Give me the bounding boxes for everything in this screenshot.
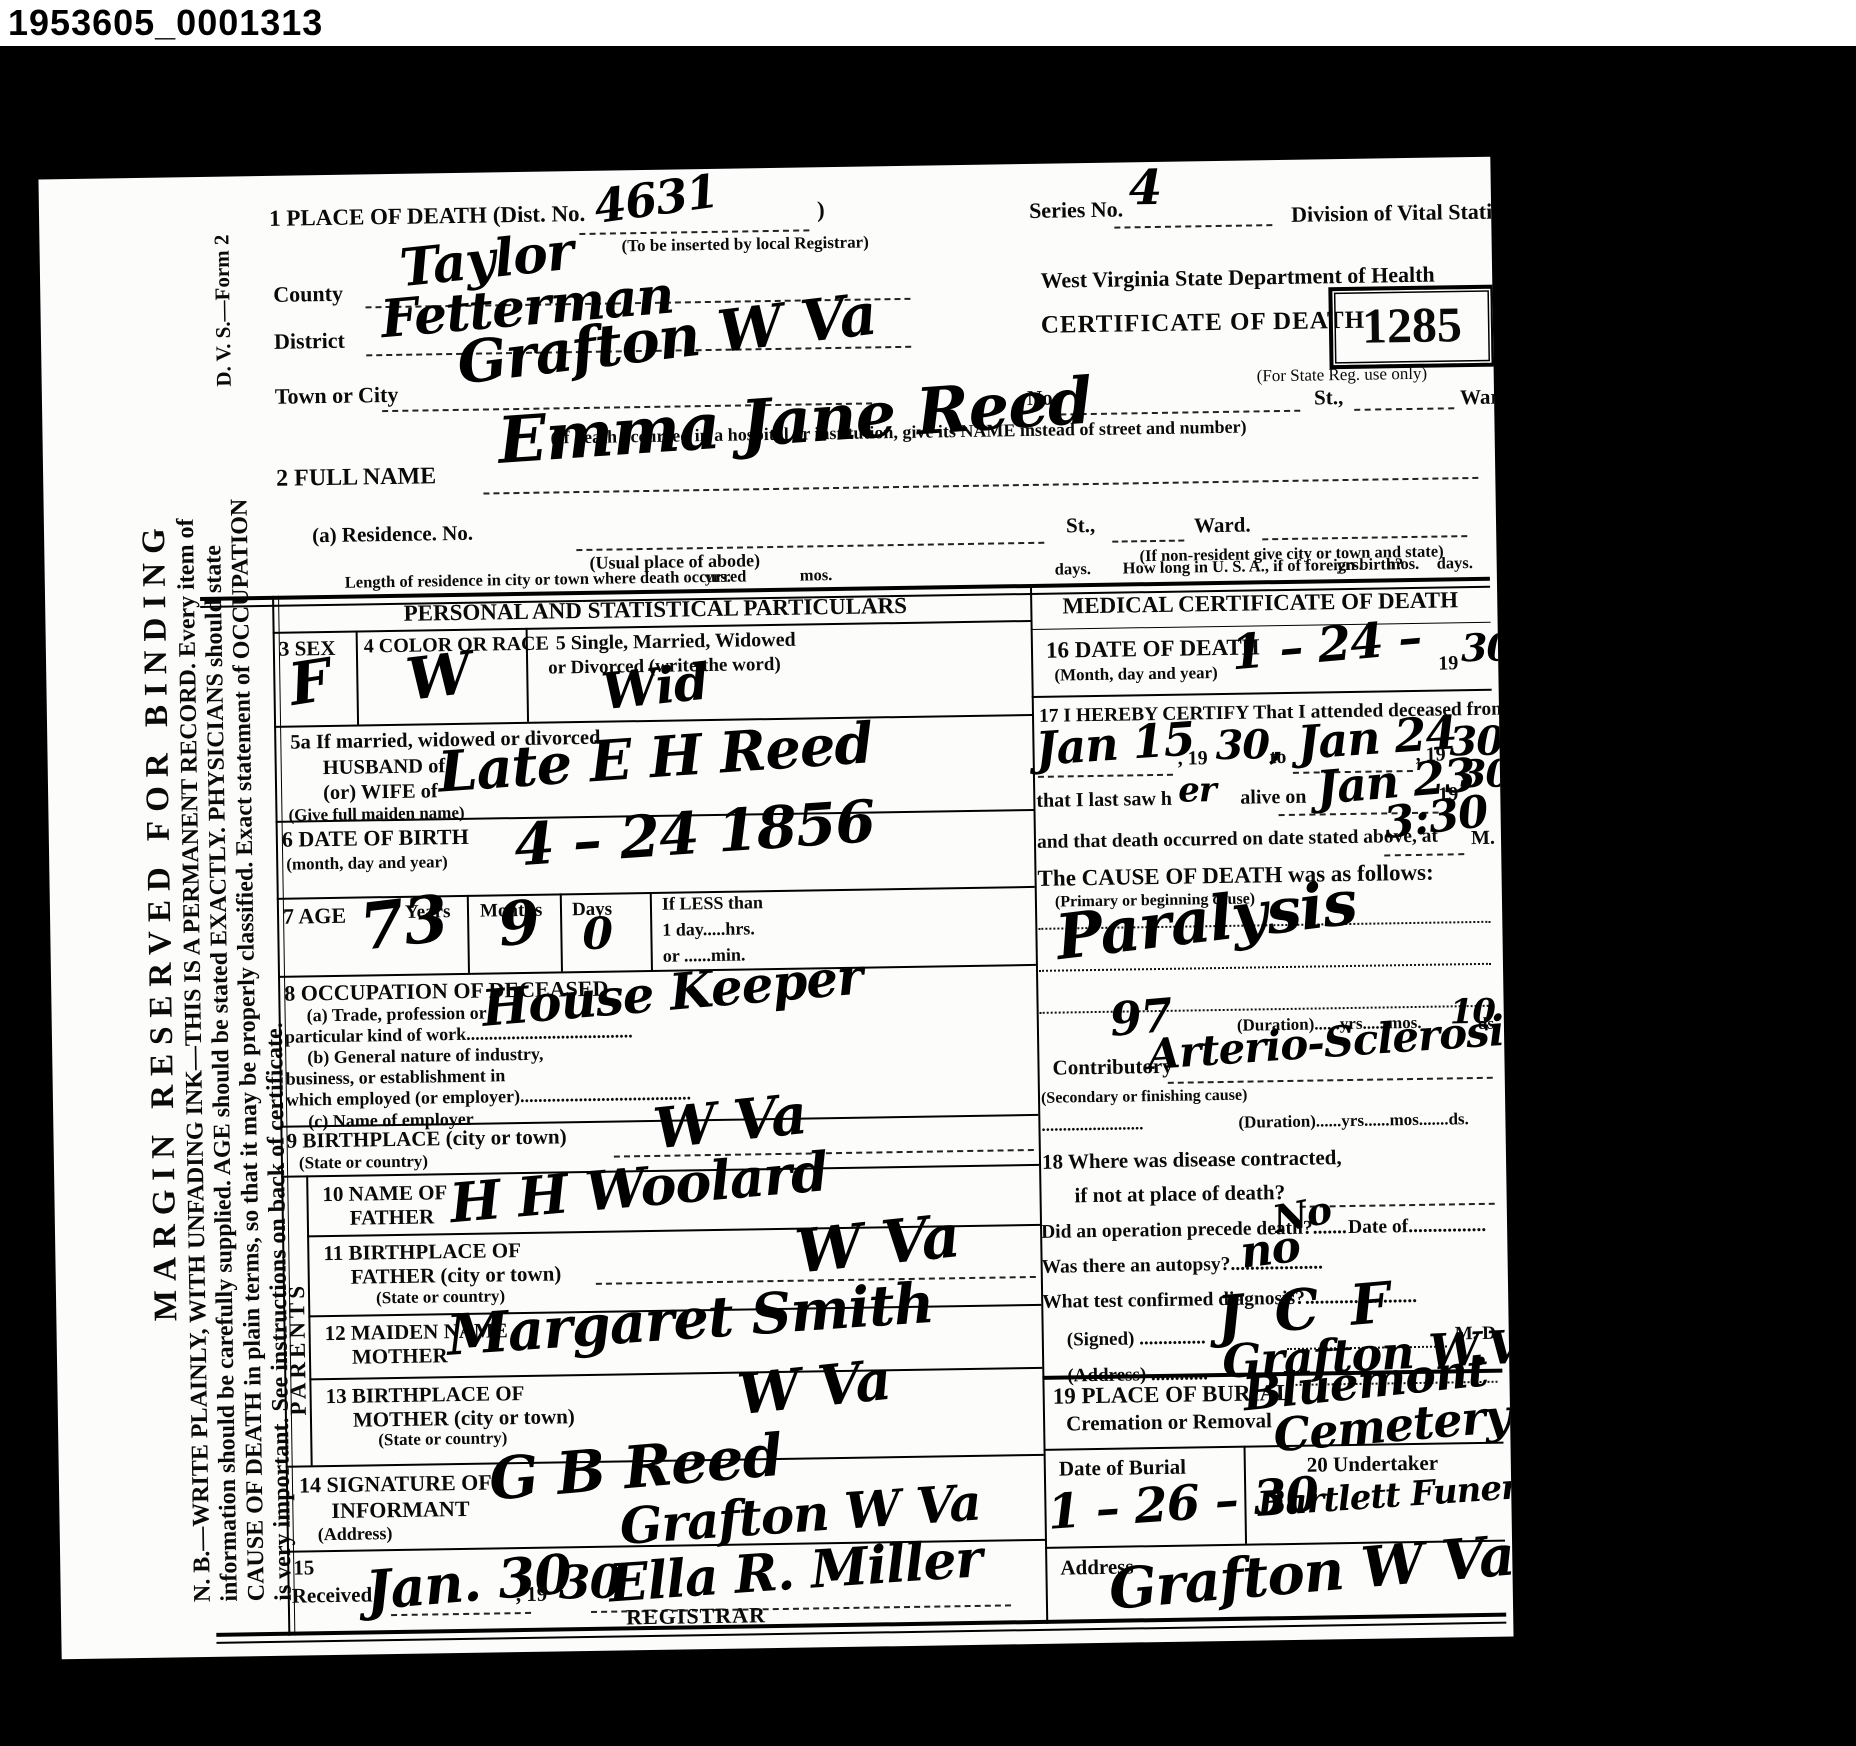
scan-id: 1953605_0001313 [8, 2, 323, 44]
age-years-value: 73 [357, 887, 451, 961]
certificate-number: 1285 [1332, 295, 1491, 355]
disease-contracted-label-2: if not at place of death? [1074, 1180, 1285, 1208]
cell-divider [560, 893, 563, 971]
scan-id-bar: 1953605_0001313 [0, 0, 1856, 46]
duration-label-2: (Duration)......yrs......mos.......ds. [1238, 1109, 1469, 1133]
mother-birthplace-value: W Va [735, 1352, 893, 1423]
blank-line [1354, 407, 1454, 411]
death-occurred-label: and that death occurred on date stated a… [1037, 826, 1438, 854]
rule [1032, 689, 1492, 698]
residence-street-label: St., [1066, 513, 1096, 538]
yrs-label-1: yrs. [705, 567, 731, 587]
father-name-value: H H Woolard [448, 1144, 830, 1230]
birthplace-label-2: (State or country) [299, 1151, 428, 1173]
town-label: Town or City [275, 382, 399, 410]
county-label: County [273, 281, 343, 308]
date-of-death-value: 1 – 24 – [1229, 613, 1423, 677]
cell-divider [467, 895, 470, 973]
occupation-a1: (a) Trade, profession or [306, 1003, 486, 1027]
district-number-value: 4631 [591, 167, 720, 230]
mos-label-2: mos. [1387, 554, 1420, 575]
marital-label-1: 5 Single, Married, Widowed [556, 629, 796, 656]
street-label: St., [1314, 385, 1344, 410]
state-reg-note: (For State Reg. use only) [1257, 364, 1428, 387]
received-label: Received [292, 1582, 373, 1608]
series-no-value: 4 [1128, 164, 1161, 213]
yrs-label-2: yrs. [1337, 555, 1363, 575]
signed-label: (Signed) .............. [1067, 1327, 1206, 1351]
residence-label: (a) Residence. No. [312, 521, 473, 549]
informant-label-2: INFORMANT [331, 1496, 470, 1524]
received-number: 15 [293, 1555, 314, 1580]
district-label: District [274, 328, 345, 355]
date-of-death-year: 30 [1461, 628, 1512, 667]
last-saw-fill: er [1178, 773, 1216, 808]
cell-divider [356, 631, 359, 725]
husband-label-2: HUSBAND of [323, 755, 446, 780]
attended-from-date: Jan 15 [1034, 715, 1196, 772]
autopsy-answer: no [1238, 1225, 1302, 1276]
blank-line [1114, 224, 1272, 228]
dob-label-1: 6 DATE OF BIRTH [282, 824, 469, 853]
contributory-secondary-note: (Secondary or finishing cause) [1041, 1087, 1248, 1108]
date-of-death-label-1: 16 DATE OF DEATH [1046, 634, 1260, 663]
last-saw-label-1: that I last saw h [1036, 788, 1172, 813]
parents-vertical-label: PARENTS [284, 1282, 312, 1416]
age-label: 7 AGE [283, 903, 346, 930]
blank-line [483, 477, 1478, 495]
place-of-burial-label-2: Cremation or Removal [1066, 1408, 1272, 1436]
birthplace-label-1: 9 BIRTHPLACE (city or town) [286, 1124, 566, 1153]
ward-label: Ward [1460, 384, 1512, 410]
residence-ward-label: Ward. [1194, 512, 1251, 538]
occupation-b1: (b) General nature of industry, [307, 1044, 543, 1069]
certify-to-label: to [1270, 746, 1287, 769]
date-of-death-label-2: (Month, day and year) [1054, 663, 1218, 686]
blank-line [1384, 853, 1464, 856]
mos-label-1: mos. [800, 565, 833, 586]
undertaker-address-value: Grafton W Va [1107, 1527, 1514, 1617]
certificate-number-box: 1285 [1328, 285, 1495, 370]
rule [309, 1367, 1042, 1381]
scan-background: { "scan": { "id": "1953605_0001313" }, "… [0, 0, 1856, 1746]
disease-contracted-label-1: 18 Where was disease contracted, [1042, 1145, 1342, 1175]
days-label-2: days. [1437, 553, 1474, 574]
occupation-value: House Keeper [480, 951, 864, 1033]
days-label-1: days. [1055, 559, 1092, 580]
series-no-label: Series No. [1029, 196, 1123, 223]
less-than-label-1: If LESS than [662, 892, 763, 915]
father-label-2: FATHER [350, 1204, 435, 1230]
division-label: Division of Vital Statistics [1291, 198, 1514, 228]
received-19-label: , 19 [516, 1582, 548, 1607]
certificate-title: CERTIFICATE OF DEATH [1041, 307, 1366, 340]
color-race-value: W [403, 644, 474, 709]
blank-line [1060, 410, 1300, 416]
dob-value: 4 – 24 1856 [512, 792, 876, 874]
cell-divider [650, 892, 653, 970]
margin-instructions: MARGIN RESERVED FOR BINDING N. B.—WRITE … [131, 236, 297, 1603]
blank-line [576, 542, 1044, 551]
place-of-death-paren: ) [817, 197, 825, 223]
informant-label-1: 14 SIGNATURE OF [299, 1470, 492, 1499]
date-of-death-19: 19 [1438, 652, 1458, 675]
less-than-label-2: 1 day.....hrs. [662, 918, 755, 940]
death-occurred-m-label: M. [1471, 827, 1495, 850]
blank-line [1112, 540, 1184, 543]
mother-maiden-label-2: MOTHER [352, 1343, 448, 1369]
operation-date-label: Date of................ [1348, 1215, 1486, 1239]
father-label-1: 10 NAME OF [322, 1180, 447, 1207]
informant-label-3: (Address) [318, 1523, 393, 1545]
contributory-value: Arterio-Sclerosis [1146, 1008, 1513, 1076]
father-birthplace-label-2: FATHER (city or town) [351, 1261, 562, 1289]
registrar-label: REGISTRAR [626, 1602, 766, 1630]
marital-value: Wid [599, 657, 710, 718]
father-birthplace-value: W Va [793, 1206, 963, 1283]
blank-line [1168, 1077, 1493, 1084]
dob-label-2: (month, day and year) [286, 852, 448, 875]
full-name-label: 2 FULL NAME [276, 463, 436, 493]
full-name-value: Emma Jane Reed [496, 369, 1094, 473]
age-days-value: 0 [582, 913, 612, 957]
last-saw-label-2: alive on [1240, 786, 1306, 810]
certify-19a: , 19 [1178, 747, 1208, 770]
dots-leader: ........................ [1041, 1114, 1143, 1136]
blank-line [1262, 535, 1467, 540]
husband-label-3: (or) WIFE of [323, 780, 438, 805]
age-months-value: 9 [495, 892, 542, 956]
registrar-note: (To be inserted by local Registrar) [621, 232, 869, 256]
death-certificate-page: D. V. S.—Form 2 MARGIN RESERVED FOR BIND… [38, 157, 1513, 1660]
